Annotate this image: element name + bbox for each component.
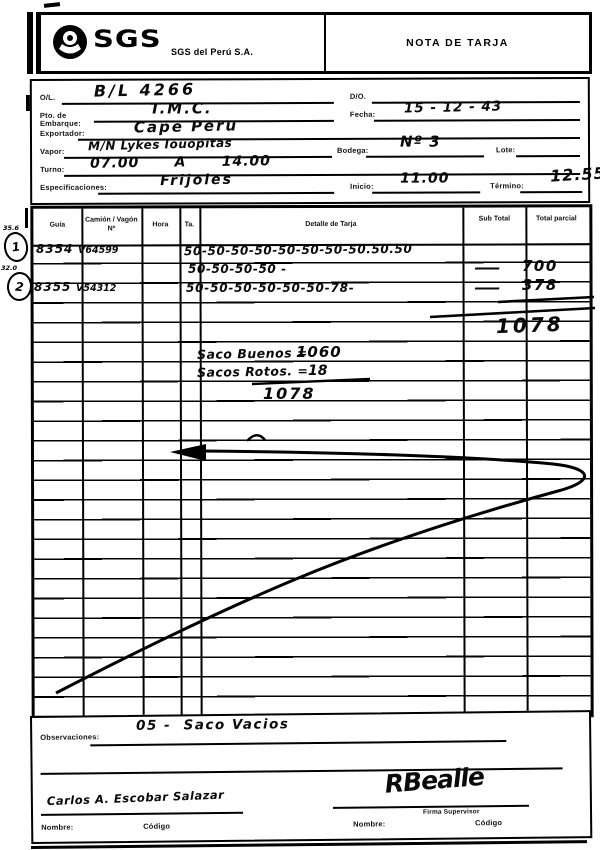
logo-wordmark: SGS — [93, 25, 162, 53]
scan-artifact — [27, 12, 33, 74]
field-inicio-label: Inicio: — [350, 183, 374, 191]
row3-guia: 8355 — [34, 281, 71, 293]
row2-subtotal-dash: — — [474, 260, 501, 276]
field-termino-line — [520, 191, 582, 193]
info-box: O/L. B/L 4266 D/O. Pto. de Embarque: T.M… — [30, 77, 590, 205]
tally-clerk-name: Carlos A. Escobar Salazar — [47, 790, 225, 808]
row1-detalle: 50-50-50-50-50-50-50-50.50.50 — [184, 243, 412, 257]
row1-vagon: V64599 — [78, 246, 118, 256]
col-header-sub: Sub Total — [469, 215, 519, 224]
observaciones-line2 — [41, 767, 563, 774]
row3-vagon: V54312 — [76, 284, 116, 294]
field-vapor-label: Vapor: — [40, 148, 65, 156]
field-termino-label: Término: — [490, 182, 524, 190]
header-box: SGS SGS del Perú S.A. NOTA DE TARJA — [36, 12, 592, 74]
company-name: SGS del Perú S.A. — [171, 47, 253, 57]
summary-rotos-label: Sacos Rotos. = — [197, 365, 309, 379]
field-bodega-value: Nº 3 — [400, 135, 441, 150]
field-do-label: D/O. — [350, 93, 366, 101]
margin-weight-note-2: 32.0 — [1, 264, 17, 272]
field-bodega-line — [366, 155, 484, 157]
sgs-logo-icon — [51, 23, 89, 66]
row2-detalle: 50-50-50-50 - — [188, 263, 287, 275]
observaciones-line1 — [90, 740, 506, 746]
field-termino-value: 12.55 — [550, 166, 600, 185]
field-exportador-label: Exportador: — [40, 130, 85, 138]
col-header-hora: Hora — [141, 221, 179, 230]
field-fecha-line — [374, 119, 580, 122]
field-turno-line — [64, 173, 580, 177]
col-header-total: Total parcial — [528, 215, 584, 224]
supervisor-label: Firma Supervisor — [423, 809, 480, 816]
summary-buenos-value: 1060 — [296, 345, 342, 360]
field-lote-label: Lote: — [496, 146, 515, 154]
supervisor-signature: RBealle — [384, 764, 485, 797]
margin-circled-2: 2 — [6, 271, 34, 302]
field-embarque-label: Pto. de Embarque: — [40, 112, 92, 128]
scanned-tally-form: SGS SGS del Perú S.A. NOTA DE TARJA O/L.… — [0, 0, 600, 850]
field-ol-label: O/L. — [40, 94, 55, 102]
field-especificaciones-label: Especificaciones: — [40, 184, 107, 192]
margin-circled-2-digit: 2 — [15, 279, 25, 294]
field-lote-line — [516, 155, 580, 157]
field-exportador-value: Cape Peru — [134, 118, 238, 135]
scan-artifact — [44, 2, 60, 8]
row1-guia: 8354 — [36, 243, 73, 255]
margin-weight-note-1: 35.6 — [3, 224, 19, 232]
observations-box: Observaciones: 05 - Saco Vacios Carlos A… — [30, 710, 592, 844]
codigo-label-left: Código — [143, 823, 170, 831]
summary-buenos-label: Saco Buenos = — [197, 347, 308, 361]
field-especificaciones-value: Frijoles — [160, 173, 233, 189]
field-ol-value: B/L 4266 — [94, 82, 197, 100]
form-title: NOTA DE TARJA — [406, 37, 509, 49]
nombre-label-left: Nombre: — [41, 824, 73, 832]
field-turno-label: Turno: — [40, 166, 64, 174]
field-embarque-value: T.M.C. — [150, 101, 213, 116]
logo-area: SGS SGS del Perú S.A. — [51, 23, 321, 63]
field-inicio-value: 11.00 — [400, 172, 449, 186]
row3-total: 378 — [522, 278, 558, 293]
observaciones-value: 05 - Saco Vacios — [136, 718, 289, 733]
row2-total: 700 — [522, 259, 558, 274]
field-fecha-value: 15 - 12 - 43 — [404, 100, 503, 116]
nombre-label-right: Nombre: — [353, 820, 385, 828]
grand-total: 1078 — [496, 314, 564, 336]
field-especificaciones-line — [98, 192, 334, 195]
field-inicio-line — [372, 191, 480, 193]
summary-rotos-value: 18 — [308, 364, 327, 378]
margin-circled-1-digit: 1 — [11, 239, 21, 254]
row3-subtotal-dash: — — [474, 280, 501, 296]
codigo-label-right: Código — [475, 819, 502, 827]
tally-signature-line — [41, 812, 243, 816]
col-header-ta: Ta. — [179, 221, 199, 230]
row3-detalle: 50-50-50-50-50-50-78- — [186, 282, 355, 294]
form-title-area: NOTA DE TARJA — [324, 15, 589, 71]
field-bodega-label: Bodega: — [337, 147, 368, 155]
field-turno-value: 07.00 A 14.00 — [90, 154, 271, 171]
col-header-vagon: Camión / Vagón Nº — [83, 216, 139, 234]
col-header-detalle: Detalle de Tarja — [199, 221, 462, 230]
field-fecha-label: Fecha: — [350, 111, 375, 119]
field-vapor-value: M/N Lykes Iouopitas — [88, 137, 232, 153]
col-header-guia: Guía — [33, 222, 81, 231]
margin-circled-1: 1 — [2, 230, 30, 263]
scan-artifact — [25, 208, 28, 228]
summary-total: 1078 — [263, 386, 316, 402]
observaciones-label: Observaciones: — [40, 733, 99, 741]
